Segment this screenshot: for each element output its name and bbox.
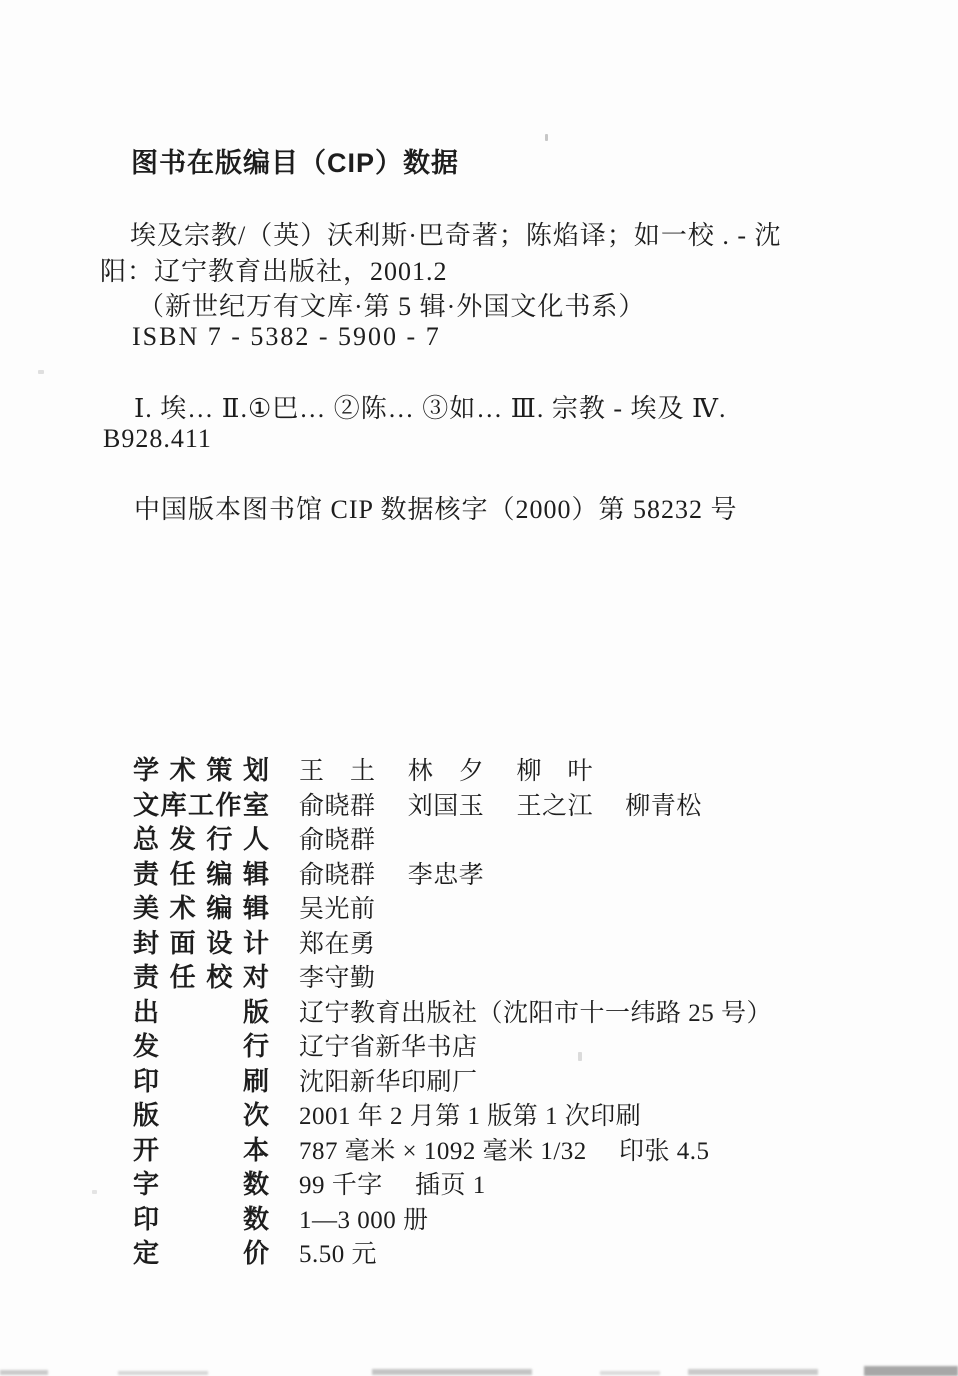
colophon-label: 开本: [133, 1133, 269, 1168]
scan-smudge: [118, 1371, 208, 1375]
colophon-value: 王 土 林 夕 柳 叶: [299, 755, 593, 790]
classification-code: B928.411: [103, 424, 212, 454]
colophon-row-edition: 版次 2001 年 2 月第 1 版第 1 次印刷: [133, 1098, 873, 1133]
series-title-line: （新世纪万有文库·第 5 辑·外国文化书系）: [138, 286, 645, 323]
colophon-row-library-studio: 文库工作室 俞晓群 刘国玉 王之江 柳青松: [133, 788, 873, 823]
colophon-value: 吴光前: [299, 893, 376, 928]
colophon-label: 学术策划: [133, 753, 269, 788]
colophon-label: 定价: [133, 1236, 269, 1271]
colophon-label: 印刷: [133, 1064, 269, 1099]
book-copyright-page: 图书在版编目（CIP）数据 埃及宗教/（英）沃利斯·巴奇著；陈焰译；如一校 . …: [0, 0, 958, 1376]
colophon-row-word-count: 字数 99 千字 插页 1: [133, 1167, 873, 1202]
colophon-value: 5.50 元: [299, 1238, 377, 1273]
colophon-row-proofreader: 责任校对 李守勤: [133, 960, 873, 995]
colophon-label: 印数: [133, 1202, 269, 1237]
scan-speck: [545, 134, 548, 141]
colophon-row-price: 定价 5.50 元: [133, 1236, 873, 1271]
colophon-value: 787 毫米 × 1092 毫米 1/32 印张 4.5: [299, 1135, 710, 1170]
colophon-row-printer: 印刷 沈阳新华印刷厂: [133, 1064, 873, 1099]
colophon-label: 责任编辑: [133, 857, 269, 892]
colophon-label: 字数: [133, 1167, 269, 1202]
colophon-value: 俞晓群: [299, 824, 376, 859]
colophon-value: 俞晓群 刘国玉 王之江 柳青松: [299, 790, 702, 825]
colophon-row-art-editor: 美术编辑 吴光前: [133, 891, 873, 926]
cip-record-number-line: 中国版本图书馆 CIP 数据核字（2000）第 58232 号: [134, 489, 738, 526]
colophon-value: 沈阳新华印刷厂: [299, 1066, 478, 1101]
colophon-value: 2001 年 2 月第 1 版第 1 次印刷: [299, 1100, 641, 1135]
colophon-row-distributor: 发行 辽宁省新华书店: [133, 1029, 873, 1064]
scan-smudge: [372, 1369, 532, 1375]
cip-heading: 图书在版编目（CIP）数据: [131, 141, 459, 180]
scan-smudge: [600, 1371, 660, 1375]
colophon-value: 辽宁省新华书店: [299, 1031, 478, 1066]
colophon-label: 出版: [133, 995, 269, 1030]
scan-smudge: [0, 1370, 48, 1375]
colophon-label: 责任校对: [133, 960, 269, 995]
colophon-value: 郑在勇: [299, 928, 376, 963]
colophon-label: 封面设计: [133, 926, 269, 961]
scan-speck: [578, 1052, 582, 1061]
classification-line: Ⅰ. 埃… Ⅱ.①巴… ②陈… ③如… Ⅲ. 宗教 - 埃及 Ⅳ.: [134, 388, 726, 425]
colophon-row-responsible-editor: 责任编辑 俞晓群 李忠孝: [133, 857, 873, 892]
colophon-row-publisher: 出版 辽宁教育出版社（沈阳市十一纬路 25 号）: [133, 995, 873, 1030]
colophon-label: 发行: [133, 1029, 269, 1064]
scan-speck: [92, 1190, 97, 1194]
colophon-value: 辽宁教育出版社（沈阳市十一纬路 25 号）: [299, 997, 772, 1032]
colophon-value: 李守勤: [299, 962, 376, 997]
scan-smudge: [864, 1366, 958, 1376]
isbn-line: ISBN 7 - 5382 - 5900 - 7: [132, 322, 441, 352]
scan-speck: [38, 370, 44, 374]
colophon-row-print-run: 印数 1—3 000 册: [133, 1202, 873, 1237]
colophon-row-cover-design: 封面设计 郑在勇: [133, 926, 873, 961]
colophon-block: 学术策划 王 土 林 夕 柳 叶 文库工作室 俞晓群 刘国玉 王之江 柳青松 总…: [133, 753, 873, 1271]
bibliographic-line-1: 埃及宗教/（英）沃利斯·巴奇著；陈焰译；如一校 . - 沈: [130, 215, 782, 252]
colophon-row-format: 开本 787 毫米 × 1092 毫米 1/32 印张 4.5: [133, 1133, 873, 1168]
scan-smudge: [688, 1369, 818, 1375]
colophon-value: 99 千字 插页 1: [299, 1169, 486, 1204]
colophon-label: 美术编辑: [133, 891, 269, 926]
colophon-value: 1—3 000 册: [299, 1204, 429, 1239]
colophon-row-academic-planning: 学术策划 王 土 林 夕 柳 叶: [133, 753, 873, 788]
bibliographic-line-2: 阳：辽宁教育出版社，2001.2: [100, 251, 448, 288]
colophon-label: 总发行人: [133, 822, 269, 857]
colophon-row-general-distributor: 总发行人 俞晓群: [133, 822, 873, 857]
colophon-label: 版次: [133, 1098, 269, 1133]
colophon-label: 文库工作室: [133, 788, 269, 823]
colophon-value: 俞晓群 李忠孝: [299, 859, 484, 894]
